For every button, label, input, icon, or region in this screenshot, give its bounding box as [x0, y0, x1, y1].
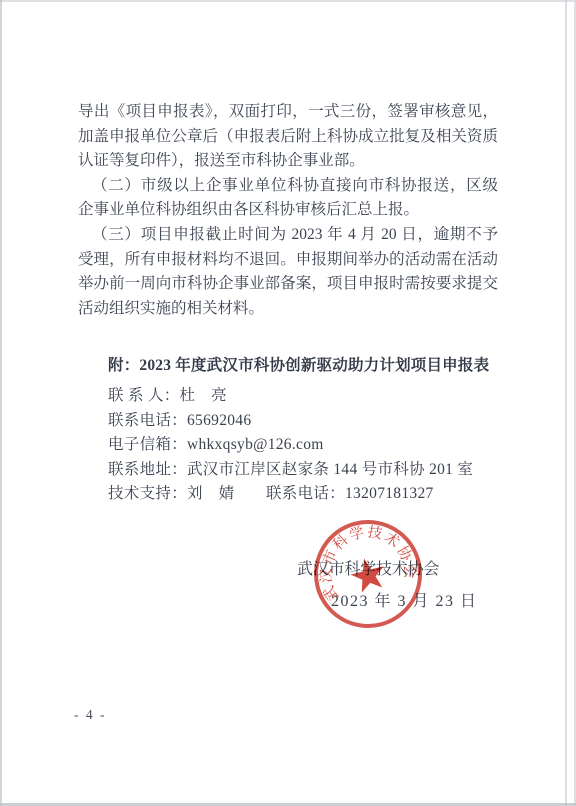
seal-star-icon: [348, 554, 389, 594]
paragraph-line: （二）市级以上企事业单位科协直接向市科协报送，区级: [78, 174, 498, 199]
page-number: - 4 -: [74, 707, 107, 723]
paragraph-line: （三）项目申报截止时间为 2023 年 4 月 20 日，逾期不予: [78, 223, 498, 248]
attachment-title: 附：2023 年度武汉市科协创新驱动助力计划项目申报表: [108, 353, 508, 375]
scan-edge-left: [0, 0, 2, 806]
paragraph-line: 企事业单位科协组织由各区科协审核后汇总上报。: [78, 198, 498, 223]
contact-person-line: 联 系 人：杜 亮: [108, 384, 508, 409]
scanned-document-page: 导出《项目申报表》，双面打印，一式三份，签署审核意见， 加盖申报单位公章后（申报…: [0, 0, 576, 806]
scan-edge-right: [565, 0, 567, 806]
contact-info-block: 联 系 人：杜 亮 联系电话：65692046 电子信箱：whkxqsyb@12…: [108, 384, 508, 507]
contact-email-line: 电子信箱：whkxqsyb@126.com: [108, 433, 508, 458]
paragraph-line: 受理，所有申报材料均不退回。申报期间举办的活动需在活动: [78, 248, 498, 273]
official-seal-icon: 武汉市科学技术协会: [283, 489, 453, 659]
paragraph-line: 活动组织实施的相关材料。: [78, 297, 498, 322]
contact-phone-line: 联系电话：65692046: [108, 409, 508, 434]
tech-support-line: 技术支持：刘 婧 联系电话：13207181327: [108, 482, 508, 507]
contact-address-line: 联系地址：武汉市江岸区赵家条 144 号市科协 201 室: [108, 458, 508, 483]
scan-edge-top: [0, 0, 576, 2]
paragraph-line: 认证等复印件），报送至市科协企事业部。: [78, 149, 498, 174]
paragraph-line: 举办前一周向市科协企事业部备案，项目申报时需按要求提交: [78, 272, 498, 297]
paragraph-line: 导出《项目申报表》，双面打印，一式三份，签署审核意见，: [78, 100, 498, 125]
body-text: 导出《项目申报表》，双面打印，一式三份，签署审核意见， 加盖申报单位公章后（申报…: [78, 100, 498, 321]
paragraph-line: 加盖申报单位公章后（申报表后附上科协成立批复及相关资质: [78, 125, 498, 150]
official-seal: 武汉市科学技术协会: [283, 489, 453, 659]
